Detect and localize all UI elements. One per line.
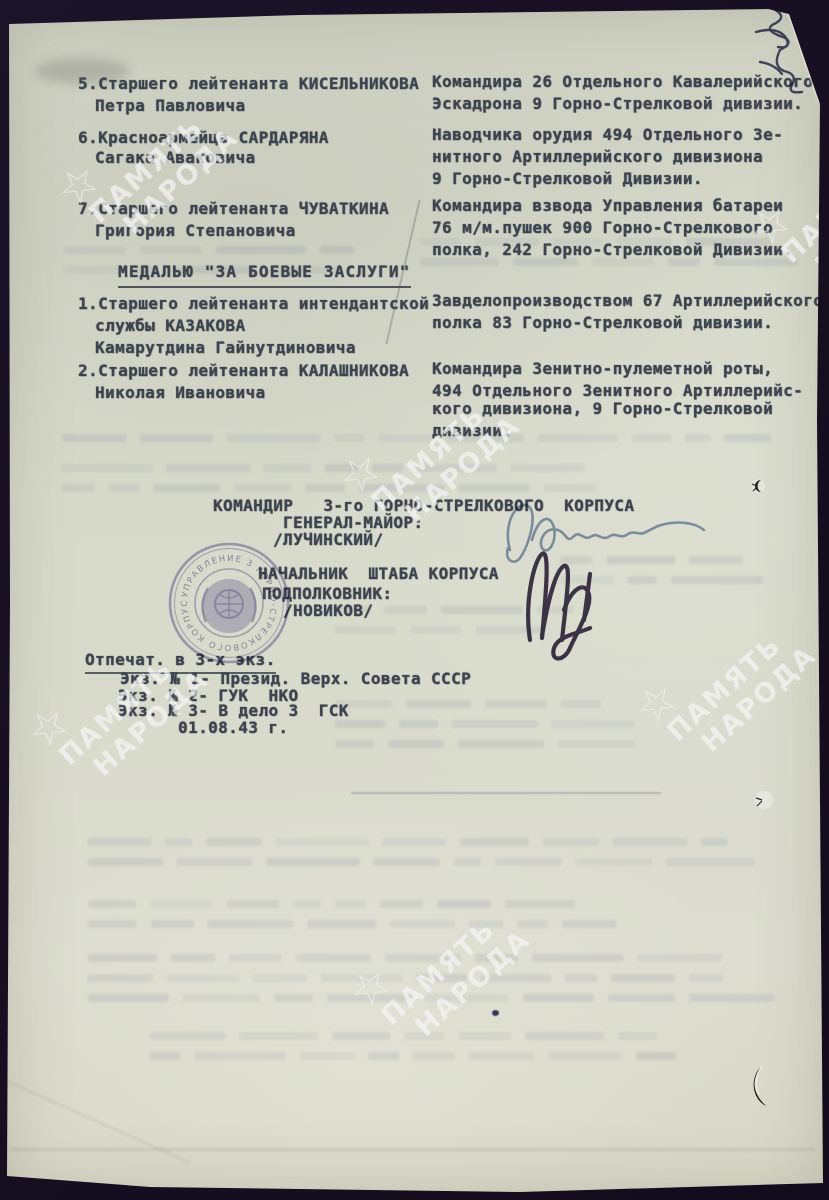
typed-line: Командира взвода Управления батареи — [432, 196, 783, 216]
typed-line: Сагака Аваковича — [95, 148, 256, 168]
signature-novikov — [514, 540, 624, 665]
typed-line: нитного Артиллерийского дивизиона — [432, 147, 763, 167]
typed-line: 1.Старшего лейтенанта интендантской — [78, 294, 429, 314]
typed-line: 494 Отдельного Зенитного Артиллерийс- — [432, 381, 803, 401]
ink-speck — [492, 1010, 499, 1016]
document-page: 5.Старшего лейтенанта КИСЕЛЬНИКОВА Петра… — [0, 0, 829, 1200]
typed-line: службы КАЗАКОВА — [95, 316, 246, 336]
bleedthrough-zone — [150, 1032, 730, 1072]
chief-title-line: НАЧАЛЬНИК ШТАБА КОРПУСА — [258, 564, 499, 584]
bleedthrough-zone — [88, 954, 788, 1014]
typed-line: кого дивизиона, 9 Горно-Стрелковой — [432, 399, 773, 419]
typed-line: Командира Зенитно-пулеметной роты, — [432, 359, 773, 379]
bleedthrough-rule — [351, 792, 661, 794]
watermark-line: НАРОДА — [695, 640, 822, 759]
watermark-line: НАРОДА — [809, 162, 829, 281]
typed-line: полка, 242 Горно-Стрелковой Дивизии. — [432, 240, 793, 260]
typed-line: 9 Горно-Стрелковой Дивизии. — [432, 169, 703, 189]
medal-section-heading: МЕДАЛЬЮ "ЗА БОЕВЫЕ ЗАСЛУГИ" — [118, 262, 411, 288]
typed-line: Николая Ивановича — [95, 383, 266, 403]
typed-line: Петра Павловича — [95, 96, 246, 116]
typed-line: 76 м/м.пушек 900 Горно-Стрелкового — [432, 218, 773, 238]
typed-line: Григория Степановича — [95, 221, 296, 241]
bleedthrough-zone — [335, 700, 635, 760]
typed-line: 6.Красноармейца САРДАРЯНА — [78, 128, 329, 148]
bleedthrough-zone — [88, 900, 628, 940]
typed-line: Камарутдина Гайнутдиновича — [95, 338, 356, 358]
paper-tear — [744, 1064, 770, 1108]
typed-line: дивизии. — [432, 421, 512, 441]
chief-name-line: /НОВИКОВ/ — [283, 601, 373, 621]
typed-line: Завделопроизводством 67 Артиллерийского — [432, 291, 823, 311]
typed-line: полка 83 Горно-Стрелковой дивизии. — [432, 313, 773, 333]
bleedthrough-zone — [88, 838, 788, 878]
typed-line: Эскадрона 9 Горно-Стрелковой дивизии. — [432, 94, 803, 114]
star-icon: ☆ — [627, 587, 781, 731]
typed-line: 7.Старшего лейтенанта ЧУВАТКИНА — [78, 199, 389, 219]
typed-line: Наводчика орудия 494 Отдельного Зе- — [432, 125, 783, 145]
paper-crease-bottom — [10, 1148, 815, 1151]
typed-line: 2.Старшего лейтенанта КАЛАШНИКОВА — [78, 361, 409, 381]
handwritten-annotation — [730, 2, 820, 97]
watermark-line: ПАМЯТЬ — [661, 617, 802, 748]
punch-hole — [752, 788, 776, 812]
scanned-document-photo: 5.Старшего лейтенанта КИСЕЛЬНИКОВА Петра… — [0, 0, 829, 1200]
date-line: 01.08.43 г. — [178, 718, 288, 738]
archive-watermark: ☆ ПАМЯТЬ НАРОДА — [635, 587, 823, 771]
typed-line: 5.Старшего лейтенанта КИСЕЛЬНИКОВА — [78, 74, 419, 94]
punch-hole — [748, 476, 768, 496]
round-stamp: УПРАВЛЕНИЕ 3 ГОРНО-СТРЕЛКОВОГО КОРПУСА ★ — [166, 540, 292, 666]
